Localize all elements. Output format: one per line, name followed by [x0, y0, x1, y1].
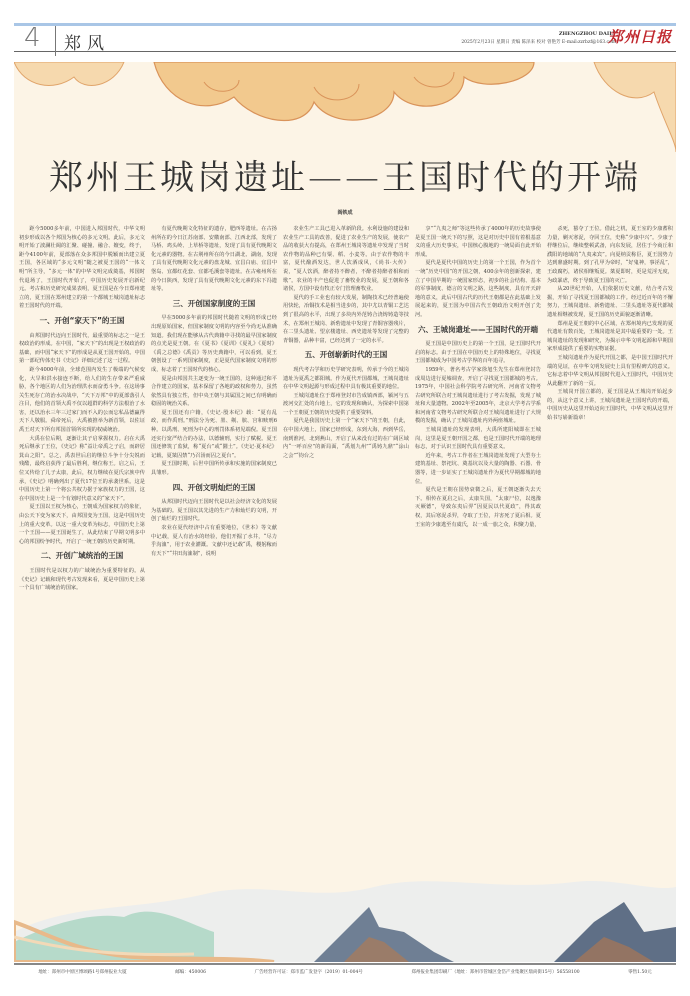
paragraph: 王城岗开国立都的，夏王国是从王城岗开始起步的，从这个意义上讲，王城岗遗址是王国时…: [547, 388, 673, 422]
paragraph: 由邦国时代迈向王国时代，最重要的标志之一是王权政治的形成。在中国，“家天下”的出…: [19, 332, 145, 366]
page-number: 4: [24, 25, 41, 51]
header-divider: [55, 26, 56, 56]
paragraph: 农业生产工具已进入革新阶段。水利设施的建设和农业生产工具的改善，促进了农业生产的…: [283, 225, 409, 294]
column-1: 距今5000多年前，中国进入邦国时代，中华文明初步形成以各个邦国为核心的多元文明…: [19, 225, 145, 865]
paragraph: 夏代的手工业也有较大发展，制陶技术已经普遍使用快轮，冶铜技术是相当进步的，其中尤…: [283, 294, 409, 346]
paragraph: 从邦国时代迈向王国时代是以社会经济文化的发展为基础的。夏王国以其先进的生产力和灿…: [151, 498, 277, 524]
article-headline: 郑州王城岗遗址——王国时代的开端: [14, 150, 676, 199]
paragraph: 郑州是夏王朝的中心区域，在郑州境内已发现的夏代遗址有数百处，王城岗遗址是其中最重…: [547, 320, 673, 354]
paragraph: 农业在夏代经济中占有重要地位，《世本》等文献中记载，夏人有治水的经验，他们开掘了…: [151, 524, 277, 558]
mountain-landscape-icon: [14, 862, 676, 962]
author-byline: 阎铁成: [14, 209, 676, 216]
paragraph: 夏是由邦国共主逐变为一统王国的，这种通过和平合作建立的国家，基本保留了各地的政权…: [151, 375, 277, 409]
paragraph: 距今4000年前，全球范围内发生了极端的气候变化，大旱和洪水接连不断，给人们的生…: [19, 366, 145, 435]
paragraph: 早在5000多年前的邦国时代随着文明的形成已经出现原始国家，但国家制度文明的内容…: [151, 314, 277, 374]
paragraph: 王城岗遗址的发现表明，大禹所建阳城即在王城岗，这里是夏王朝开国之都，也是王国时代…: [415, 426, 541, 452]
section-name: 郑风: [64, 29, 110, 54]
column-2: 有夏代晚期文化特征的遗存，肥西等遗址。在古扬州所在的今日江苏南部、安徽南部、江西…: [151, 225, 277, 865]
section-heading: 四、开创文明灿烂的王国: [151, 484, 277, 493]
footer-postcode: 邮编：450006: [175, 969, 206, 975]
paragraph: 大禹在位后期，逐渐让其子启掌握权力。启在大禹死后继承了王位，《史记》称“益让帝禹…: [19, 435, 145, 504]
paragraph: 近年来，考古工作者在王城岗遗址发现了大型夯土建筑基址、祭祀坑、奠基坑以及大量的陶…: [415, 452, 541, 486]
paragraph: 王国时代是以权力的广域统治为重要特征的。从《史记》记载和现代考古发现来看，夏是中…: [19, 567, 145, 593]
section-heading: 三、开创国家制度的王国: [151, 300, 277, 309]
article-panel: 郑州王城岗遗址——王国时代的开端 阎铁成 距今5000多年前，中国进入邦国时代，…: [14, 62, 676, 962]
cloud-decoration-icon: [14, 62, 676, 152]
section-heading: 一、开创“家天下”的王国: [19, 317, 145, 326]
paragraph: 从20世纪开始，人们依据历史文献，结合考古发掘，开始了寻找夏王国都城的工作。经过…: [547, 285, 673, 319]
paragraph: 夏代是夏代中国的历史上的第一个王国，作为首个一统“历史中国”的开国之朝，400余…: [415, 259, 541, 319]
section-heading: 二、开创广域统治的王国: [19, 552, 145, 561]
column-4: 享”“九夷之师”等这些传承了4000年的历史故事使是夏王国一统天下的写照，这是对…: [415, 225, 541, 865]
footer-address: 地址：郑州市中原区博颂路1号郑州报业大厦: [38, 969, 126, 975]
paragraph: 现代考古学和历史学研究表明，传承于今的王城岗遗址为夏禹之都阳城。作为夏代开国都城…: [283, 366, 409, 392]
section-heading: 五、开创崭新时代的王国: [283, 351, 409, 360]
page-footer: 地址：郑州市中原区博颂路1号郑州报业大厦 邮编：450006 广告经营许可证：郑…: [14, 963, 676, 975]
page-header: 4 郑风 ZHENGZHOU DAILY 2025年2月23日 星期日 责编 陈…: [14, 26, 676, 52]
paragraph: 夏代是王朝在国势衰微之后，夏王朝逐渐失去天下。相传在夏启之后，太康失国，“太康尸…: [415, 486, 541, 529]
paragraph: 1959年，著名考古学家徐旭生先生在郑州登封告成周边进行夏墟调查，开启了寻找夏王…: [415, 366, 541, 426]
paragraph: 夏王国还有户籍，《史记·殷本纪》载：“夏有乱政，而作禹刑。”刑法分为死、墨、劓、…: [151, 409, 277, 461]
column-3: 农业生产工具已进入革新阶段。水利设施的建设和农业生产工具的改善，促进了农业生产的…: [283, 225, 409, 865]
paragraph: 杀死，篡夺了王位。借此之机，夏王室的少康蓄积力量，剿灭寒浞，夺回王位，史称“少康…: [547, 225, 673, 285]
footer-ad-license: 广告经营许可证：郑市监广发登字（2019）01-004号: [255, 969, 363, 975]
issue-meta: 2025年2月23日 星期日 责编 陈泽来 校对 曾艳芳 E-mail:zzrb…: [461, 39, 616, 45]
paragraph: 夏王国是中国历史上的第一个王国，是王国时代开启的标志。由于王国在中国历史上的特殊…: [415, 340, 541, 366]
paragraph: 享”“九夷之师”等这些传承了4000年的历史故事使是夏王国一统天下的写照，这是对…: [415, 225, 541, 259]
paragraph: 夏王国以王权为核心，王朝成为国家权力的象征，由公天下变为家天下，由邦国变为王国，…: [19, 503, 145, 546]
footer-printer: 郑州报业集团印刷厂（地址：郑州市管城区金岱产业集聚区鼎尚街15号）5655810…: [411, 969, 579, 975]
column-5: 杀死，篡夺了王位。借此之机，夏王室的少康蓄积力量，剿灭寒浞，夺回王位，史称“少康…: [547, 225, 673, 865]
paragraph: 王城岗遗址位于郑州登封市告成镇西部，颍河与五渡河交汇处的台地上，它的发现和确认，…: [283, 392, 409, 418]
article-body: 距今5000多年前，中国进入邦国时代，中华文明初步形成以各个邦国为核心的多元文明…: [19, 225, 673, 865]
section-heading: 六、王城岗遗址——王国时代的开端: [415, 326, 541, 335]
paragraph: 距今5000多年前，中国进入邦国时代，中华文明初步形成以各个邦国为核心的多元文明…: [19, 225, 145, 311]
paragraph: 夏王国时期，后世中国所传承和实施的国家制度已具雏形。: [151, 460, 277, 477]
footer-price: 零售1.50元: [628, 969, 652, 975]
paragraph: 夏代是我国历史上第一个“家天下”的王朝，自此，在中国大地上，国家已经形成，东到大…: [283, 417, 409, 460]
newspaper-logo: 郑州日报: [608, 26, 672, 47]
paragraph: 王城岗遗址作为夏代开国之都，是中国王国时代开端的见证，在中华文明发展史上具有里程…: [547, 354, 673, 388]
paragraph: 有夏代晚期文化特征的遗存，肥西等遗址。在古扬州所在的今日江苏南部、安徽南部、江西…: [151, 225, 277, 294]
